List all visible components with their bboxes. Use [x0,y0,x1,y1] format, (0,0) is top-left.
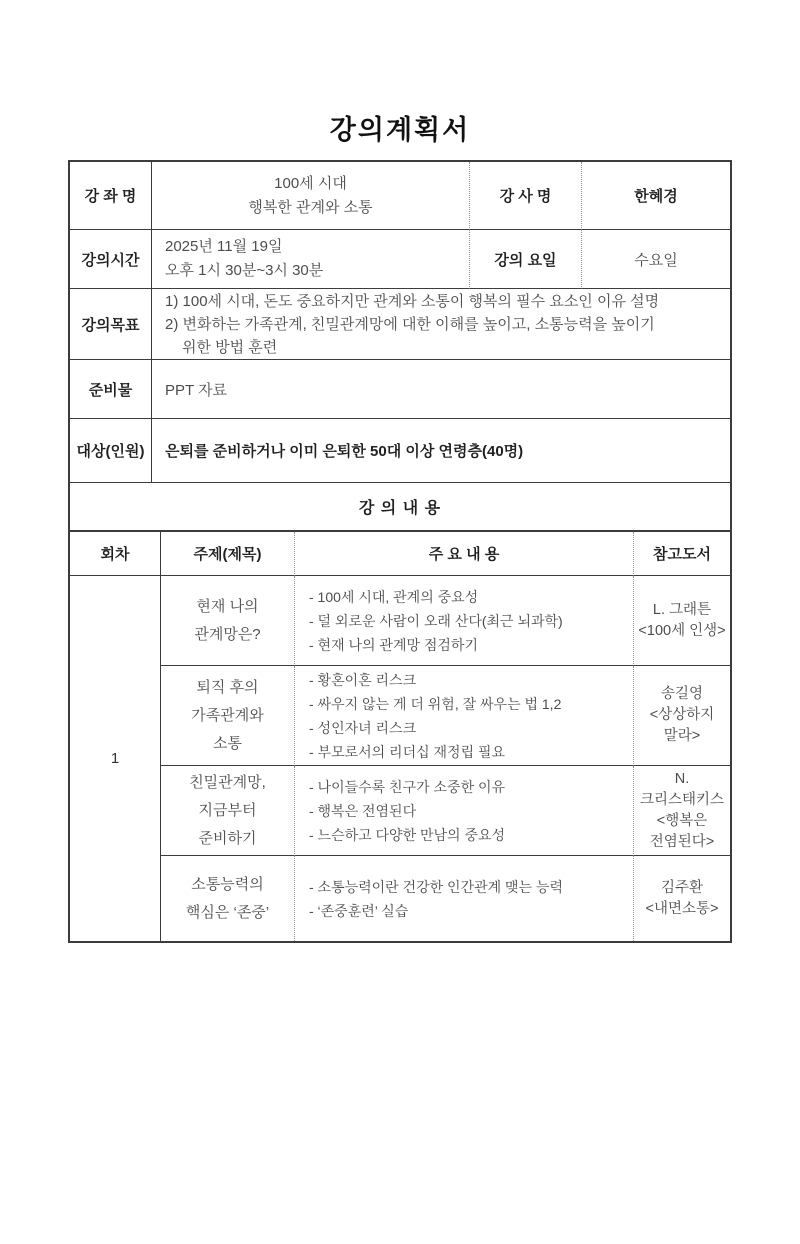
topic-line: 준비하기 [161,825,294,853]
reference-line: 전염된다> [634,832,730,853]
main-content-cell-2: - 황혼이혼 리스크 - 싸우지 않는 게 더 위험, 잘 싸우는 법 1,2 … [295,666,634,766]
bullet-item: - 싸우지 않는 게 더 위험, 잘 싸우는 법 1,2 [309,692,633,716]
topic-line: 소통능력의 [161,871,294,899]
topic-line: 관계망은? [161,621,294,649]
topic-line: 지금부터 [161,797,294,825]
lecture-day-label: 강의 요일 [470,230,582,289]
topic-line: 가족관계와 [161,702,294,730]
header-references: 참고도서 [634,532,730,576]
topic-cell-3: 친밀관계망, 지금부터 준비하기 [161,766,295,856]
bullet-item: - 나이들수록 친구가 소중한 이유 [309,775,633,799]
row-audience: 대상(인원) 은퇴를 준비하거나 이미 은퇴한 50대 이상 연령층(40명) [70,419,730,483]
topic-line: 핵심은 ‘존중’ [161,899,294,927]
lecture-contents-banner: 강 의 내 용 [70,483,730,532]
bullet-item: - 부모로서의 리더십 재정립 필요 [309,740,633,764]
header-main-content: 주 요 내 용 [295,532,634,576]
bullet-item: - ‘존중훈련’ 실습 [309,899,633,923]
reference-cell-4: 김주환 <내면소통> [634,856,730,941]
main-content-cell-3: - 나이들수록 친구가 소중한 이유 - 행복은 전염된다 - 느슨하고 다양한… [295,766,634,856]
materials-value: PPT 자료 [152,360,730,419]
course-name-label: 강 좌 명 [70,162,152,230]
reference-line: 크리스태키스 [634,790,730,811]
content-row-1: 1 현재 나의 관계망은? - 100세 시대, 관계의 중요성 - 덜 외로운… [70,576,730,666]
bullet-item: - 덜 외로운 사람이 오래 산다(최근 뇌과학) [309,609,633,633]
content-row-4: 소통능력의 핵심은 ‘존중’ - 소통능력이란 건강한 인간관계 맺는 능력 -… [70,856,730,941]
row-materials: 준비물 PPT 자료 [70,360,730,419]
row-time: 강의시간 2025년 11월 19일 오후 1시 30분~3시 30분 강의 요… [70,230,730,289]
objective-line-3: 위한 방법 훈련 [165,336,730,359]
bullet-item: - 현재 나의 관계망 점검하기 [309,633,633,657]
row-objectives: 강의목표 1) 100세 시대, 돈도 중요하지만 관계와 소통이 행복의 필수… [70,289,730,360]
audience-label: 대상(인원) [70,419,152,483]
page-title: 강의계획서 [68,112,732,149]
main-content-cell-1: - 100세 시대, 관계의 중요성 - 덜 외로운 사람이 오래 산다(최근 … [295,576,634,666]
topic-line: 소통 [161,730,294,758]
info-table: 강 좌 명 100세 시대 행복한 관계와 소통 강 사 명 한혜경 강의시간 … [70,162,730,483]
reference-line: <상상하지 [634,705,730,726]
bullet-item: - 100세 시대, 관계의 중요성 [309,585,633,609]
instructor-label: 강 사 명 [470,162,582,230]
document-table-frame: 강 좌 명 100세 시대 행복한 관계와 소통 강 사 명 한혜경 강의시간 … [68,160,732,943]
reference-line: 송길영 [634,684,730,705]
lecture-day-value: 수요일 [582,230,730,289]
contents-header-row: 회차 주제(제목) 주 요 내 용 참고도서 [70,532,730,576]
session-number: 1 [70,576,161,941]
course-name-line-2: 행복한 관계와 소통 [152,196,469,220]
topic-line: 현재 나의 [161,593,294,621]
bullet-item: - 소통능력이란 건강한 인간관계 맺는 능력 [309,875,633,899]
objectives-label: 강의목표 [70,289,152,360]
reference-line: N. [634,769,730,790]
header-topic: 주제(제목) [161,532,295,576]
main-content-cell-4: - 소통능력이란 건강한 인간관계 맺는 능력 - ‘존중훈련’ 실습 [295,856,634,941]
materials-label: 준비물 [70,360,152,419]
content-row-3: 친밀관계망, 지금부터 준비하기 - 나이들수록 친구가 소중한 이유 - 행복… [70,766,730,856]
reference-cell-1: L. 그래튼 <100세 인생> [634,576,730,666]
lecture-time-line-1: 2025년 11월 19일 [165,235,469,259]
reference-line: 김주환 [634,878,730,899]
audience-value: 은퇴를 준비하거나 이미 은퇴한 50대 이상 연령층(40명) [152,419,730,483]
course-name-value: 100세 시대 행복한 관계와 소통 [152,162,470,230]
topic-line: 친밀관계망, [161,769,294,797]
lecture-time-value: 2025년 11월 19일 오후 1시 30분~3시 30분 [152,230,470,289]
lecture-time-label: 강의시간 [70,230,152,289]
topic-cell-1: 현재 나의 관계망은? [161,576,295,666]
content-row-2: 퇴직 후의 가족관계와 소통 - 황혼이혼 리스크 - 싸우지 않는 게 더 위… [70,666,730,766]
instructor-value: 한혜경 [582,162,730,230]
header-session: 회차 [70,532,161,576]
reference-line: <100세 인생> [634,621,730,642]
bullet-item: - 황혼이혼 리스크 [309,668,633,692]
objective-line-1: 1) 100세 시대, 돈도 중요하지만 관계와 소통이 행복의 필수 요소인 … [165,290,730,313]
contents-table: 회차 주제(제목) 주 요 내 용 참고도서 1 현재 나의 관계망은? - 1… [70,532,730,941]
reference-cell-3: N. 크리스태키스 <행복은 전염된다> [634,766,730,856]
topic-cell-2: 퇴직 후의 가족관계와 소통 [161,666,295,766]
objectives-value: 1) 100세 시대, 돈도 중요하지만 관계와 소통이 행복의 필수 요소인 … [152,289,730,360]
reference-line: <내면소통> [634,899,730,920]
topic-line: 퇴직 후의 [161,674,294,702]
bullet-item: - 느슨하고 다양한 만남의 중요성 [309,823,633,847]
objective-line-2: 2) 변화하는 가족관계, 친밀관계망에 대한 이해를 높이고, 소통능력을 높… [165,313,730,336]
topic-cell-4: 소통능력의 핵심은 ‘존중’ [161,856,295,941]
lecture-plan-document: 강의계획서 강 좌 명 100세 시대 행복한 관계와 소통 강 사 명 한혜경… [68,112,732,943]
bullet-item: - 행복은 전염된다 [309,799,633,823]
lecture-time-line-2: 오후 1시 30분~3시 30분 [165,259,469,283]
reference-line: <행복은 [634,811,730,832]
reference-cell-2: 송길영 <상상하지 말라> [634,666,730,766]
course-name-line-1: 100세 시대 [152,172,469,196]
bullet-item: - 성인자녀 리스크 [309,716,633,740]
row-course: 강 좌 명 100세 시대 행복한 관계와 소통 강 사 명 한혜경 [70,162,730,230]
reference-line: 말라> [634,726,730,747]
reference-line: L. 그래튼 [634,600,730,621]
